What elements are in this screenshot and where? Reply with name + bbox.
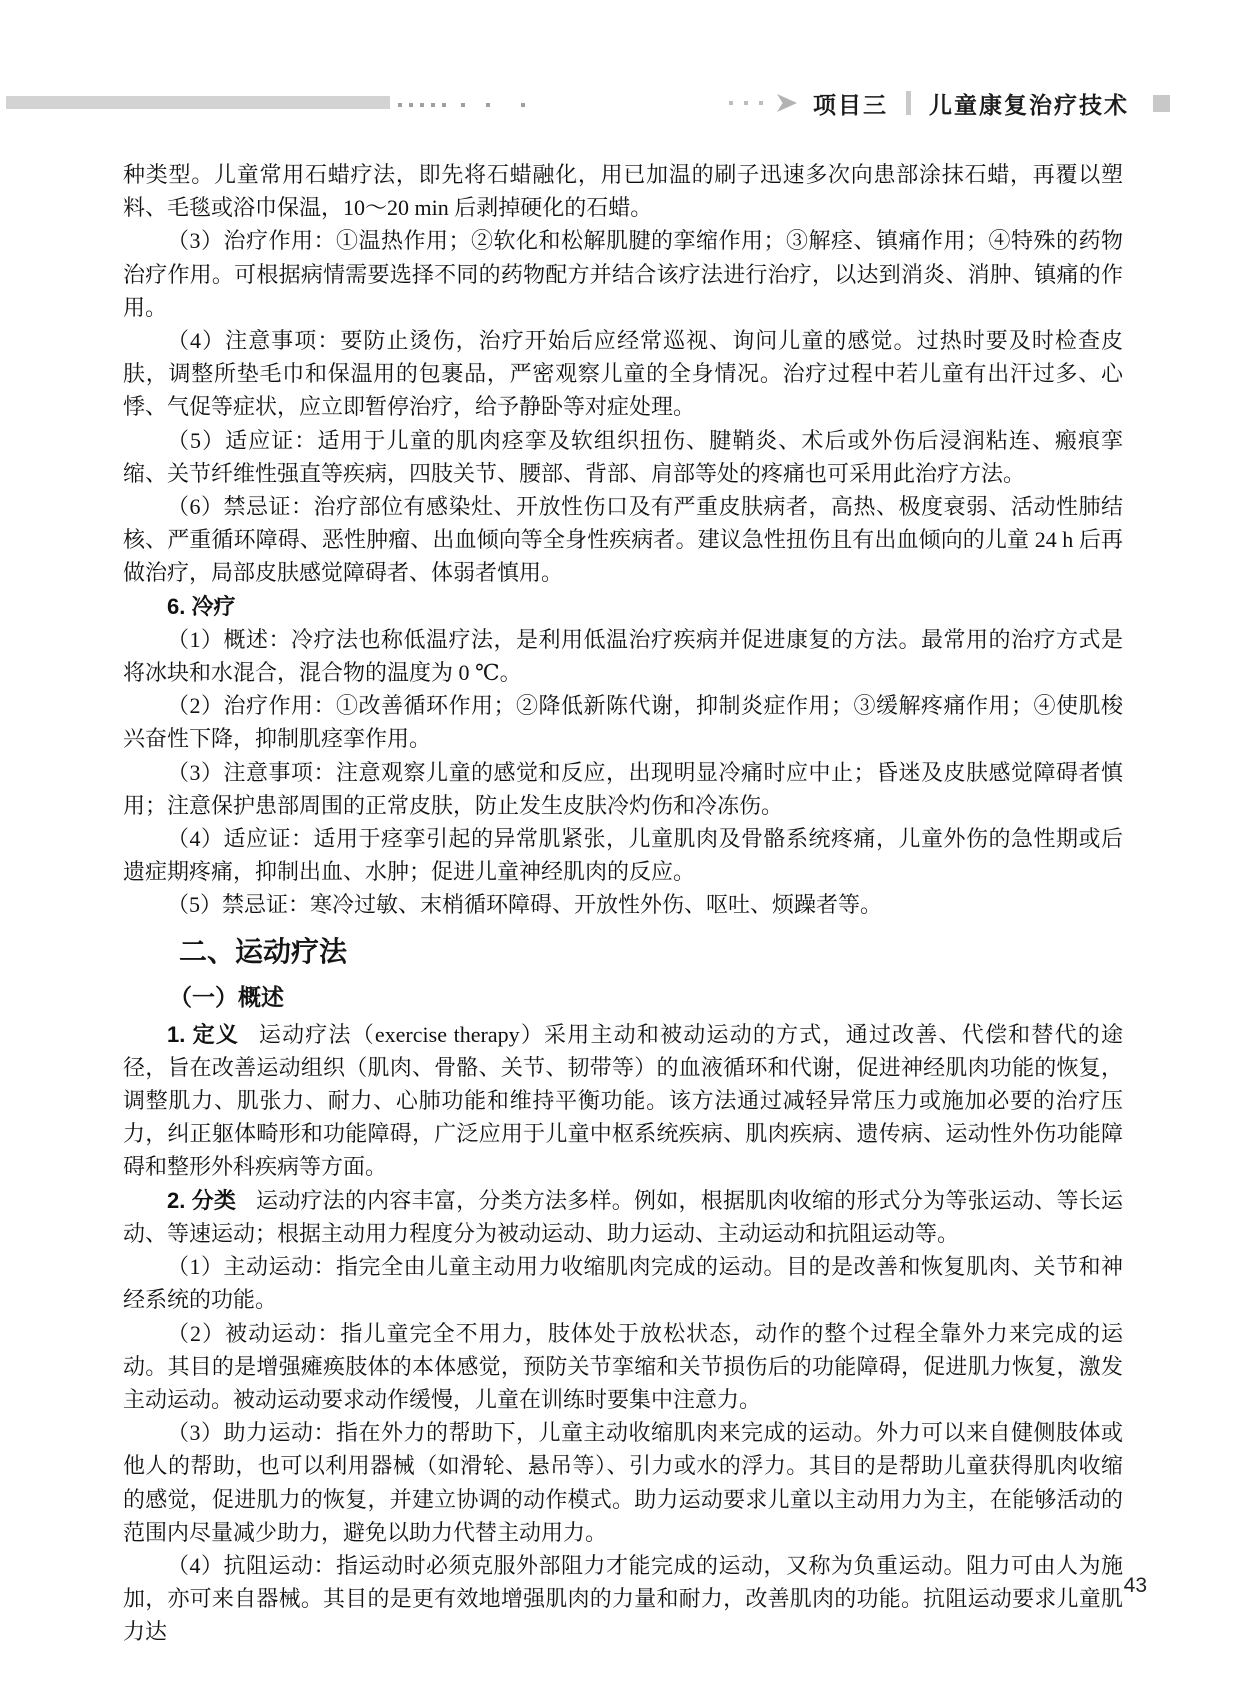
page-number: 43 [1124,1574,1147,1598]
paragraph: （4）抗阻运动：指运动时必须克服外部阻力才能完成的运动，又称为负重运动。阻力可由… [123,1549,1123,1649]
dot-icon [729,101,733,105]
paragraph: （3）治疗作用：①温热作用；②软化和松解肌腱的挛缩作用；③解痉、镇痛作用；④特殊… [123,224,1123,324]
section-heading: 6. 冷疗 [123,590,1123,623]
header-decor-bar [6,96,390,109]
book-page: 项目三 儿童康复治疗技术 种类型。儿童常用石蜡疗法，即先将石蜡融化，用已加温的刷… [0,0,1245,1688]
dot-icon [521,103,525,107]
paragraph-lead: 1. 定义 [167,1022,239,1047]
header-square-decoration [1153,95,1170,112]
section-heading: 二、运动疗法 [123,930,1123,974]
paragraph: 种类型。儿童常用石蜡疗法，即先将石蜡融化，用已加温的刷子迅速多次向患部涂抹石蜡，… [123,158,1123,224]
paragraph: （6）禁忌证：治疗部位有感染灶、开放性伤口及有严重皮肤病者，高热、极度衰弱、活动… [123,490,1123,590]
dot-icon [744,101,748,105]
content-blocks: 种类型。儿童常用石蜡疗法，即先将石蜡融化，用已加温的刷子迅速多次向患部涂抹石蜡，… [123,158,1123,1649]
page-header: 项目三 儿童康复治疗技术 [0,0,1245,130]
dot-icon [759,101,763,105]
paragraph: （1）概述：冷疗法也称低温疗法，是利用低温治疗疾病并促进康复的方法。最常用的治疗… [123,623,1123,689]
dot-icon [461,103,465,107]
dot-icon [486,103,490,107]
paragraph: 1. 定义运动疗法（exercise therapy）采用主动和被动运动的方式，… [123,1018,1123,1184]
dot-icon [431,103,435,107]
paragraph: （3）注意事项：注意观察儿童的感觉和反应，出现明显冷痛时应中止；昏迷及皮肤感觉障… [123,756,1123,822]
arrow-right-icon [777,94,797,112]
dot-icon [409,103,413,107]
paragraph: （2）被动运动：指儿童完全不用力，肢体处于放松状态，动作的整个过程全靠外力来完成… [123,1317,1123,1417]
page-title: 儿童康复治疗技术 [929,87,1129,120]
section-heading: （一）概述 [123,978,1123,1016]
dot-icon [420,103,424,107]
header-dots-right [718,101,763,105]
paragraph-lead: 2. 分类 [167,1188,236,1213]
paragraph: （1）主动运动：指完全由儿童主动用力收缩肌肉完成的运动。目的是改善和恢复肌肉、关… [123,1250,1123,1316]
paragraph: （3）助力运动：指在外力的帮助下，儿童主动收缩肌肉来完成的运动。外力可以来自健侧… [123,1416,1123,1549]
dot-icon [398,103,402,107]
paragraph: （4）注意事项：要防止烫伤，治疗开始后应经常巡视、询问儿童的感觉。过热时要及时检… [123,324,1123,424]
paragraph: （5）禁忌证：寒冷过敏、末梢循环障碍、开放性外伤、呕吐、烦躁者等。 [123,888,1123,921]
dot-icon [442,103,446,107]
running-head: 项目三 儿童康复治疗技术 [718,86,1170,120]
paragraph: （2）治疗作用：①改善循环作用；②降低新陈代谢，抑制炎症作用；③缓解疼痛作用；④… [123,689,1123,755]
paragraph: （5）适应证：适用于儿童的肌肉痉挛及软组织扭伤、腱鞘炎、术后或外伤后浸润粘连、瘢… [123,424,1123,490]
header-separator [906,91,911,115]
chapter-label: 项目三 [813,87,888,120]
paragraph: （4）适应证：适用于痉挛引起的异常肌紧张，儿童肌肉及骨骼系统疼痛，儿童外伤的急性… [123,822,1123,888]
paragraph: 2. 分类运动疗法的内容丰富，分类方法多样。例如，根据肌肉收缩的形式分为等张运动… [123,1184,1123,1250]
